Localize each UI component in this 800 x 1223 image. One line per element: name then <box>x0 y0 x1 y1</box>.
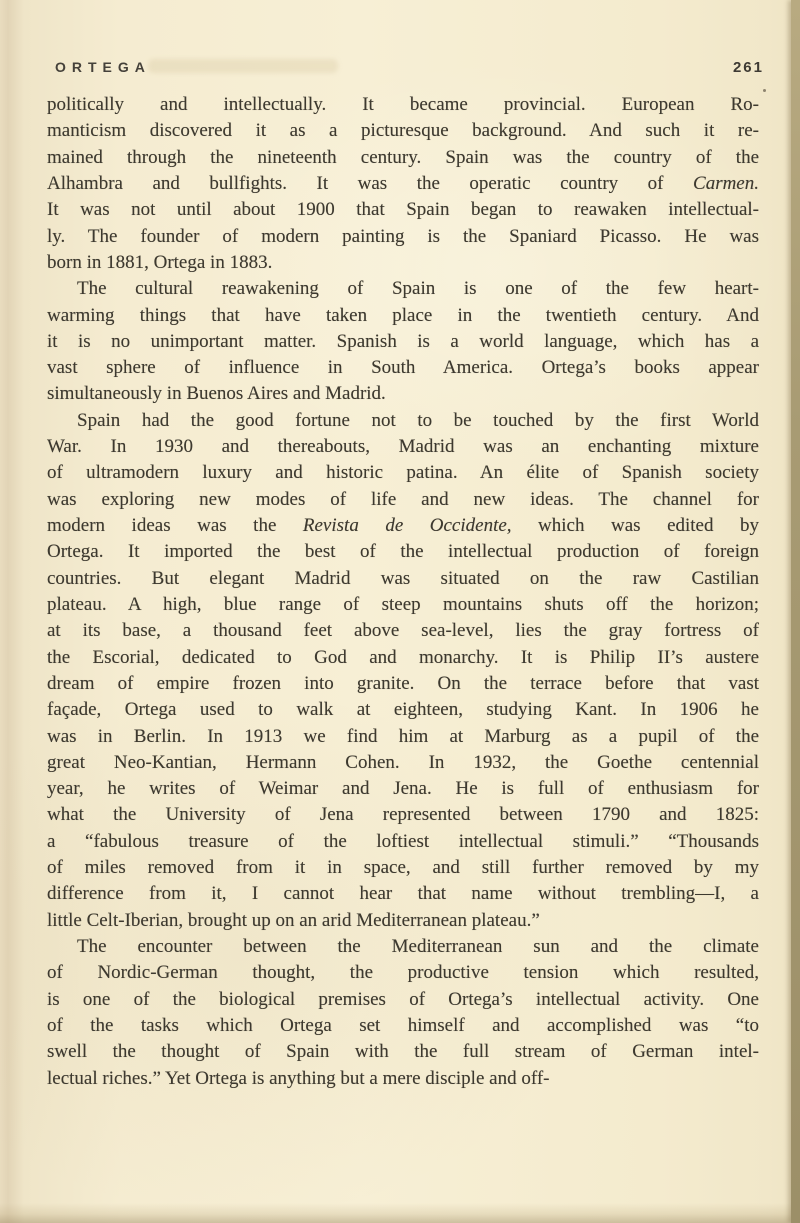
book-page-scan: ORTEGA 261 politically and intellectuall… <box>0 0 800 1223</box>
text-line: is one of the biological premises of Ort… <box>47 987 759 1013</box>
paragraph: Spain had the good fortune not to be tou… <box>47 408 759 934</box>
running-title: ORTEGA <box>55 59 151 75</box>
paragraph: politically and intellectually. It becam… <box>47 92 759 276</box>
text-line: Ortega. It imported the best of the inte… <box>47 539 759 565</box>
text-line: mained through the nineteenth century. S… <box>47 145 759 171</box>
text-line: of Nordic-German thought, the productive… <box>47 960 759 986</box>
text-line: manticism discovered it as a picturesque… <box>47 118 759 144</box>
text-line: façade, Ortega used to walk at eighteen,… <box>47 697 759 723</box>
text-line: great Neo-Kantian, Hermann Cohen. In 193… <box>47 750 759 776</box>
body-text: politically and intellectually. It becam… <box>47 92 759 1092</box>
text-line: born in 1881, Ortega in 1883. <box>47 250 759 276</box>
text-line: was exploring new modes of life and new … <box>47 487 759 513</box>
text-line: simultaneously in Buenos Aires and Madri… <box>47 381 759 407</box>
paragraph: The cultural reawakening of Spain is one… <box>47 276 759 408</box>
text-line: vast sphere of influence in South Americ… <box>47 355 759 381</box>
text-line: countries. But elegant Madrid was situat… <box>47 566 759 592</box>
text-line: It was not until about 1900 that Spain b… <box>47 197 759 223</box>
text-line: War. In 1930 and thereabouts, Madrid was… <box>47 434 759 460</box>
text-line: The encounter between the Mediterranean … <box>47 934 759 960</box>
text-line: warming things that have taken place in … <box>47 303 759 329</box>
text-line: Spain had the good fortune not to be tou… <box>47 408 759 434</box>
text-line: what the University of Jena represented … <box>47 802 759 828</box>
book-edge <box>791 0 800 1223</box>
bottom-page-shadow <box>0 1203 800 1223</box>
page-header: ORTEGA 261 <box>55 59 764 76</box>
text-line: Alhambra and bullfights. It was the oper… <box>47 171 759 197</box>
paragraph: The encounter between the Mediterranean … <box>47 934 759 1092</box>
text-line: lectual riches.” Yet Ortega is anything … <box>47 1066 759 1092</box>
print-speck <box>763 89 766 92</box>
text-line: swell the thought of Spain with the full… <box>47 1039 759 1065</box>
text-line: at its base, a thousand feet above sea-l… <box>47 618 759 644</box>
text-line: politically and intellectually. It becam… <box>47 92 759 118</box>
text-line: a “fabulous treasure of the loftiest int… <box>47 829 759 855</box>
text-line: of ultramodern luxury and historic patin… <box>47 460 759 486</box>
text-line: modern ideas was the Revista de Occident… <box>47 513 759 539</box>
text-line: ly. The founder of modern painting is th… <box>47 224 759 250</box>
text-line: plateau. A high, blue range of steep mou… <box>47 592 759 618</box>
text-line: dream of empire frozen into granite. On … <box>47 671 759 697</box>
text-line: difference from it, I cannot hear that n… <box>47 881 759 907</box>
text-line: year, he writes of Weimar and Jena. He i… <box>47 776 759 802</box>
text-line: it is no unimportant matter. Spanish is … <box>47 329 759 355</box>
text-line: the Escorial, dedicated to God and monar… <box>47 645 759 671</box>
text-line: was in Berlin. In 1913 we find him at Ma… <box>47 724 759 750</box>
text-line: of miles removed from it in space, and s… <box>47 855 759 881</box>
text-line: of the tasks which Ortega set himself an… <box>47 1013 759 1039</box>
text-line: The cultural reawakening of Spain is one… <box>47 276 759 302</box>
text-line: little Celt-Iberian, brought up on an ar… <box>47 908 759 934</box>
page-number: 261 <box>733 59 764 76</box>
